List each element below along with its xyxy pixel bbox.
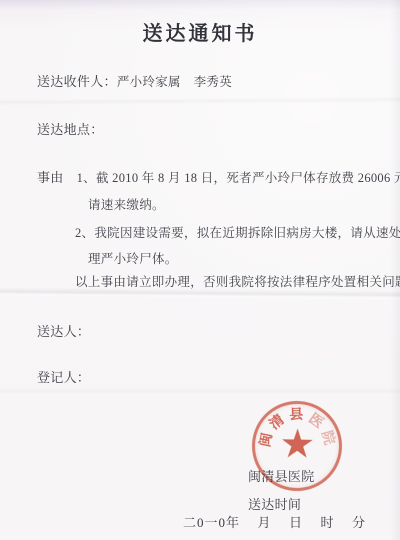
closing-line: 以上事由请立即办理，否则我院将按法律程序处置相关问题。 <box>75 272 400 290</box>
scanned-notice-document: 送达通知书 送达收件人：严小玲家属 李秀英 送达地点： 事由1、截 2010 年… <box>0 0 400 540</box>
date-day-label: 日 <box>289 512 303 531</box>
date-year: 二0一0年 <box>183 512 240 531</box>
recipient-value: 严小玲家属 李秀英 <box>117 75 232 89</box>
hospital-name: 闽清县医院 <box>248 466 315 485</box>
paper-crease <box>0 97 400 106</box>
recipient-label: 送达收件人： <box>37 74 117 89</box>
seal-arc-char: 县 <box>288 407 304 423</box>
location-label: 送达地点： <box>37 119 104 138</box>
reason-item2-line1: 2、我院因建设需要，拟在近期拆除旧病房大楼，请从速处 <box>75 223 400 241</box>
reason-line-1: 事由1、截 2010 年 8 月 18 日，死者严小玲尸体存放费 26006 元… <box>37 167 400 186</box>
reason-item2-line2: 理严小玲尸体。 <box>88 249 178 267</box>
reason-item1-line1: 1、截 2010 年 8 月 18 日，死者严小玲尸体存放费 26006 元， <box>77 171 400 185</box>
paper-crease <box>0 388 400 394</box>
delivery-time-label: 送达时间 <box>248 494 301 513</box>
registrar-label: 登记人： <box>37 367 90 386</box>
sender-label: 送达人： <box>37 321 90 340</box>
recipient-line: 送达收件人：严小玲家属 李秀英 <box>37 71 232 90</box>
reason-label: 事由 <box>37 170 64 185</box>
seal-star-icon: ★ <box>279 424 316 465</box>
date-minute-label: 分 <box>352 512 366 531</box>
reason-item1-line2: 请速来缴纳。 <box>88 195 165 213</box>
paper-edge-shadow <box>390 0 400 540</box>
document-title: 送达通知书 <box>0 17 400 46</box>
date-month-label: 月 <box>257 512 271 531</box>
date-line: 二0一0年 月 日 时 分 <box>183 512 366 531</box>
date-hour-label: 时 <box>320 512 334 531</box>
seal-arc-char: 闽 <box>258 431 276 449</box>
